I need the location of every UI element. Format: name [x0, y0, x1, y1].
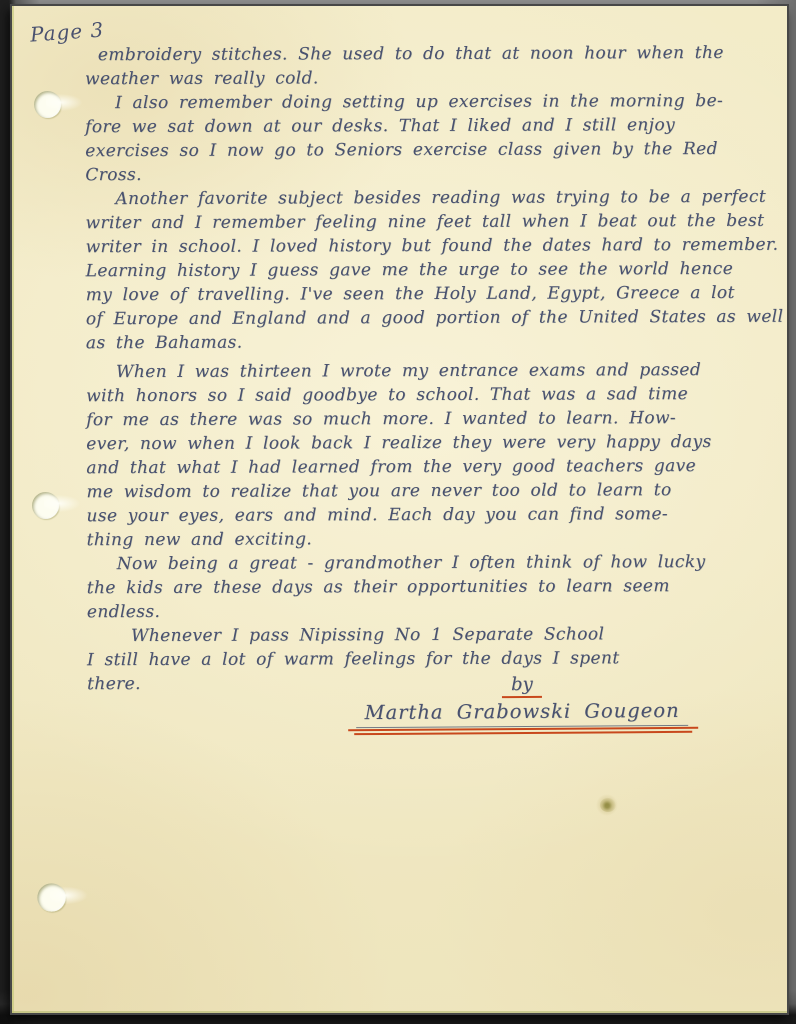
- handwritten-line: use your eyes, ears and mind. Each day y…: [86, 502, 776, 528]
- handwritten-line: ever, now when I look back I realize the…: [86, 430, 776, 456]
- handwritten-line: of Europe and England and a good portion…: [86, 305, 776, 331]
- handwritten-line: exercises so I now go to Seniors exercis…: [85, 137, 775, 163]
- handwritten-line: Now being a great - grandmother I often …: [87, 550, 777, 576]
- handwritten-line: writer in school. I loved history but fo…: [86, 233, 776, 259]
- handwritten-line: Another favorite subject besides reading…: [85, 185, 775, 211]
- signature-by: by: [502, 674, 542, 698]
- handwritten-line: thing new and exciting.: [87, 526, 777, 552]
- handwritten-line: Learning history I guess gave me the urg…: [86, 257, 776, 283]
- punch-hole: [34, 91, 61, 118]
- handwritten-line: the kids are these days as their opportu…: [87, 574, 777, 600]
- paper-stain: [600, 798, 616, 812]
- handwritten-line: and that what I had learned from the ver…: [86, 454, 776, 480]
- handwritten-line: for me as there was so much more. I want…: [86, 406, 776, 432]
- handwritten-line: endless.: [87, 598, 777, 624]
- handwritten-line: When I was thirteen I wrote my entrance …: [86, 358, 776, 384]
- handwritten-line: writer and I remember feeling nine feet …: [85, 209, 775, 235]
- signature-block: by Martha Grabowski Gougeon: [342, 673, 702, 729]
- handwritten-line: as the Bahamas.: [86, 329, 776, 355]
- handwritten-line: me wisdom to realize that you are never …: [86, 478, 776, 504]
- handwritten-line: my love of travelling. I've seen the Hol…: [86, 281, 776, 307]
- handwritten-line: embroidery stitches. She used to do that…: [85, 41, 775, 67]
- handwritten-line: I also remember doing setting up exercis…: [85, 89, 775, 115]
- handwritten-line: Cross.: [85, 161, 775, 187]
- handwritten-page: Page 3 embroidery stitches. She used to …: [12, 6, 787, 1013]
- handwritten-line: with honors so I said goodbye to school.…: [86, 382, 776, 408]
- handwritten-line: weather was really cold.: [85, 65, 775, 91]
- punch-hole: [32, 492, 59, 519]
- signature-name: Martha Grabowski Gougeon: [356, 699, 687, 728]
- handwritten-text-block: embroidery stitches. She used to do that…: [85, 41, 777, 696]
- handwritten-line: Whenever I pass Nipissing No 1 Separate …: [87, 622, 777, 648]
- handwritten-line: fore we sat down at our desks. That I li…: [85, 113, 775, 139]
- scan-background: Page 3 embroidery stitches. She used to …: [0, 0, 796, 1024]
- handwritten-line: I still have a lot of warm feelings for …: [87, 646, 777, 672]
- punch-hole: [37, 883, 65, 911]
